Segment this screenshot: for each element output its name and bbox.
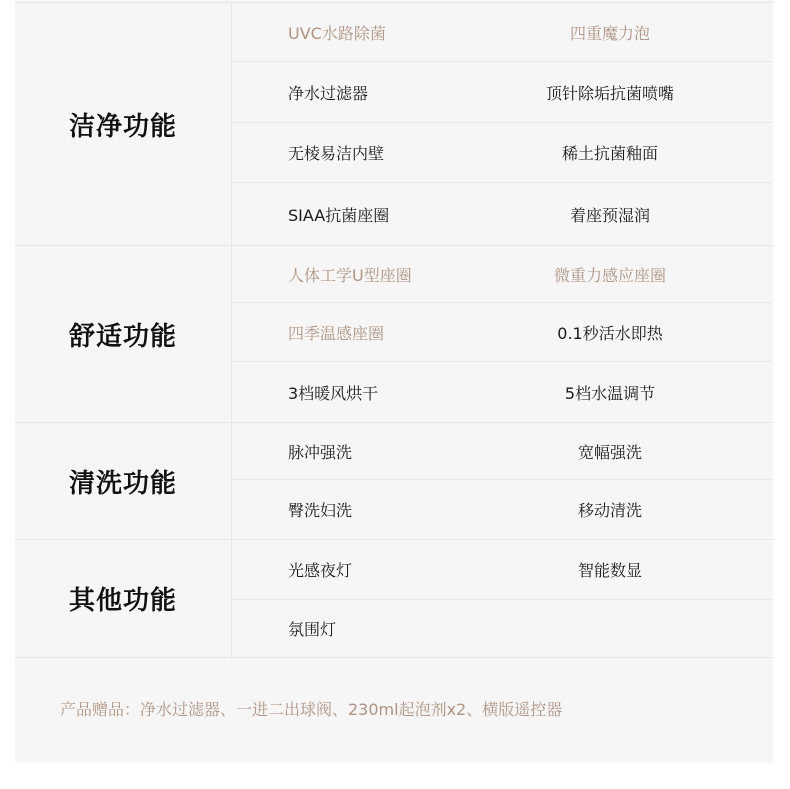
feature-item <box>502 600 718 657</box>
feature-item: 宽幅强洗 <box>502 423 718 479</box>
feature-row: UVC水路除菌 四重魔力泡 <box>232 3 773 62</box>
section-clean: 洁净功能 UVC水路除菌 四重魔力泡 净水过滤器 顶针除垢抗菌喷嘴 无棱易洁内壁… <box>15 3 773 246</box>
feature-item: 光感夜灯 <box>288 540 352 599</box>
feature-row: 光感夜灯 智能数显 <box>232 540 773 600</box>
feature-item: 移动清洗 <box>502 480 718 539</box>
feature-item: 四重魔力泡 <box>502 3 718 61</box>
feature-item: 氛围灯 <box>288 600 336 657</box>
feature-item: 5档水温调节 <box>502 362 718 422</box>
category-label: 舒适功能 <box>69 316 177 353</box>
feature-row: 脉冲强洗 宽幅强洗 <box>232 423 773 480</box>
feature-row: 净水过滤器 顶针除垢抗菌喷嘴 <box>232 62 773 123</box>
feature-item: 人体工学U型座圈 <box>288 246 412 302</box>
category-label: 其他功能 <box>69 580 177 617</box>
feature-item: 稀土抗菌釉面 <box>502 123 718 182</box>
category-label-cell: 清洗功能 <box>15 423 232 539</box>
feature-row: 无棱易洁内壁 稀土抗菌釉面 <box>232 123 773 183</box>
feature-rows: 脉冲强洗 宽幅强洗 臀洗妇洗 移动清洗 <box>232 423 773 539</box>
feature-item: 臀洗妇洗 <box>288 480 352 539</box>
feature-row: 四季温感座圈 0.1秒活水即热 <box>232 303 773 362</box>
feature-item: 着座预湿润 <box>502 183 718 245</box>
feature-row: 臀洗妇洗 移动清洗 <box>232 480 773 539</box>
category-label: 洁净功能 <box>69 106 177 143</box>
feature-item: 净水过滤器 <box>288 62 368 122</box>
category-label-cell: 舒适功能 <box>15 246 232 422</box>
feature-item: 0.1秒活水即热 <box>502 303 718 361</box>
feature-row: 3档暖风烘干 5档水温调节 <box>232 362 773 422</box>
section-other: 其他功能 光感夜灯 智能数显 氛围灯 <box>15 540 773 658</box>
section-wash: 清洗功能 脉冲强洗 宽幅强洗 臀洗妇洗 移动清洗 <box>15 423 773 540</box>
feature-item: 无棱易洁内壁 <box>288 123 384 182</box>
feature-item: 四季温感座圈 <box>288 303 384 361</box>
feature-item: 顶针除垢抗菌喷嘴 <box>502 62 718 122</box>
feature-item: SIAA抗菌座圈 <box>288 183 389 245</box>
feature-row: 人体工学U型座圈 微重力感应座圈 <box>232 246 773 303</box>
feature-item: 脉冲强洗 <box>288 423 352 479</box>
feature-rows: 人体工学U型座圈 微重力感应座圈 四季温感座圈 0.1秒活水即热 3档暖风烘干 … <box>232 246 773 422</box>
feature-row: SIAA抗菌座圈 着座预湿润 <box>232 183 773 245</box>
feature-row: 氛围灯 <box>232 600 773 657</box>
category-label: 清洗功能 <box>69 463 177 500</box>
section-comfort: 舒适功能 人体工学U型座圈 微重力感应座圈 四季温感座圈 0.1秒活水即热 3档… <box>15 246 773 423</box>
feature-rows: UVC水路除菌 四重魔力泡 净水过滤器 顶针除垢抗菌喷嘴 无棱易洁内壁 稀土抗菌… <box>232 3 773 245</box>
feature-rows: 光感夜灯 智能数显 氛围灯 <box>232 540 773 657</box>
feature-item: 微重力感应座圈 <box>502 246 718 302</box>
feature-item: 智能数显 <box>502 540 718 599</box>
feature-item: UVC水路除菌 <box>288 3 386 61</box>
gift-note: 产品赠品：净水过滤器、一进二出球阀、230ml起泡剂x2、横版遥控器 <box>60 697 562 720</box>
category-label-cell: 洁净功能 <box>15 3 232 245</box>
feature-item: 3档暖风烘干 <box>288 362 378 422</box>
category-label-cell: 其他功能 <box>15 540 232 657</box>
